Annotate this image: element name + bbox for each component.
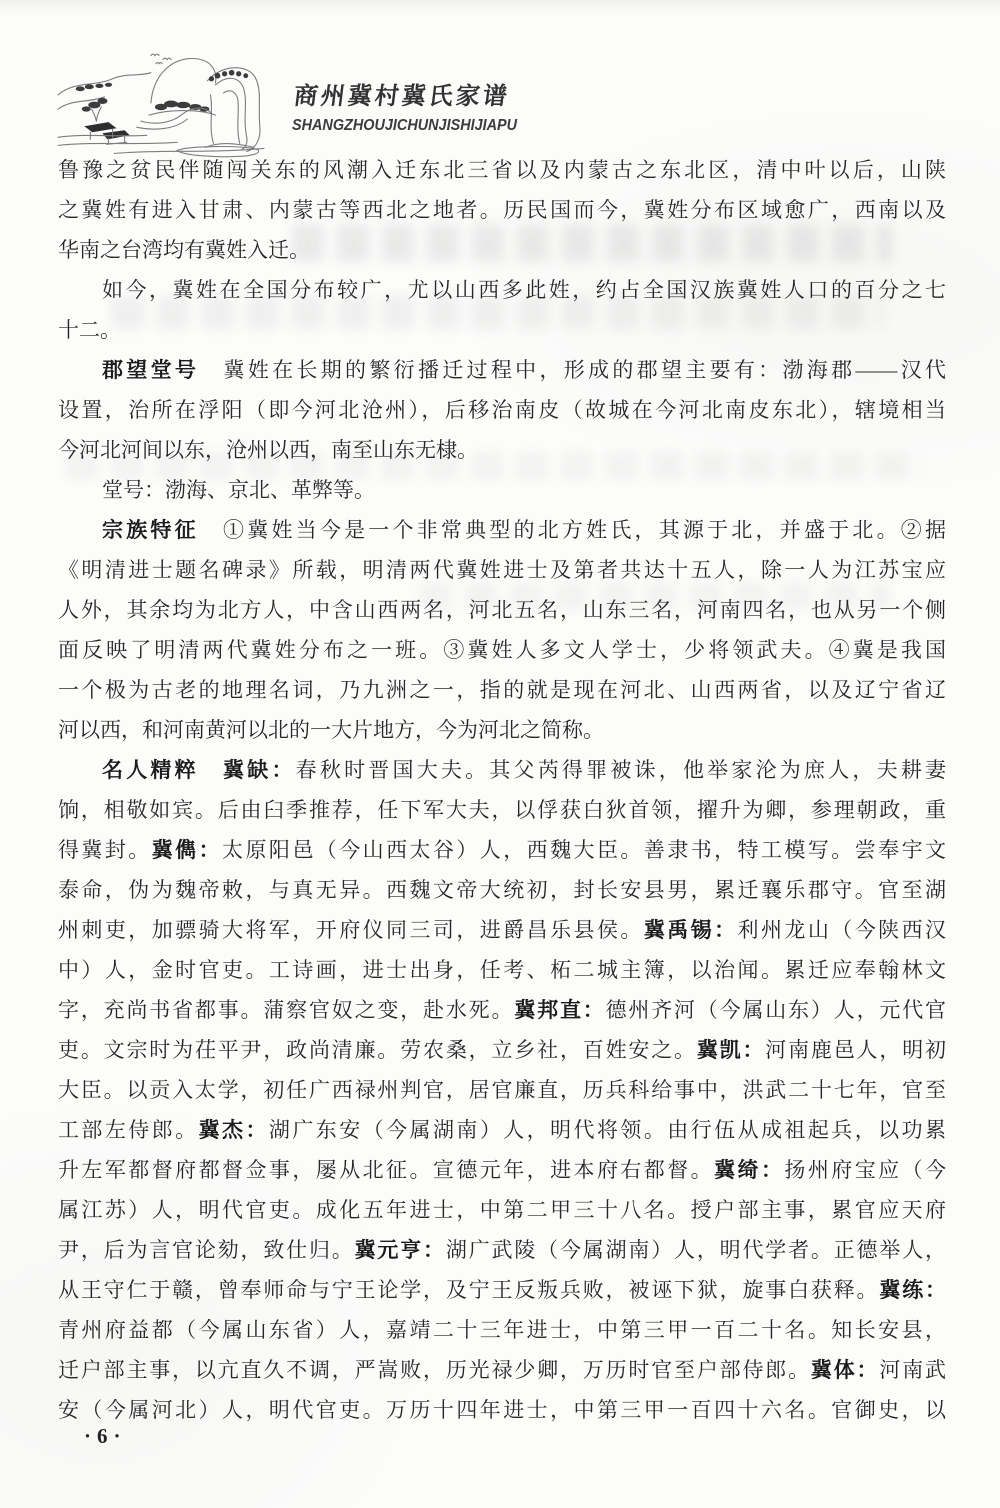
text-run: 属江苏）人，明代官吏。成化五年进士，中第二甲三十八名。授户部主事，累官应天府 (58, 1198, 946, 1222)
text-line: 之冀姓有进入甘肃、内蒙古等西北之地者。历民国而今，冀姓分布区域愈广，西南以及 (58, 190, 946, 230)
page-number: ·6· (84, 1424, 127, 1449)
text-line: 人外，其余均为北方人，中含山西两名，河北五名，山东三名，河南四名，也从另一个侧 (58, 590, 946, 630)
scanned-book-page: { "page": { "number": "·6·" }, "header":… (0, 0, 1000, 1508)
text-line: 设置，治所在浮阳（即今河北沧州），后移治南皮（故城在今河北南皮东北），辖境相当 (58, 390, 946, 430)
landscape-illustration (56, 48, 270, 162)
text-run: 饷，相敬如宾。后由臼季推荐，任下军大夫，以俘获白狄首领，擢升为卿，参理朝政，重 (58, 798, 946, 822)
landscape-line-art (56, 48, 270, 162)
emphasis-run: 冀体： (811, 1359, 879, 1382)
text-line: 鲁豫之贫民伴随闯关东的风潮入迁东北三省以及内蒙古之东北区，清中叶以后，山陕 (58, 150, 946, 190)
text-line: 如今，冀姓在全国分布较广，尤以山西多此姓，约占全国汉族冀姓人口的百分之七 (58, 270, 946, 310)
text-run: 中）人，金时官吏。工诗画，进士出身，任考、柘二城主簿，以治闻。累迁应奉翰林文 (58, 958, 946, 982)
text-run: 堂号：渤海、京北、革弊等。 (102, 478, 375, 502)
text-line: 十二。 (58, 310, 946, 350)
text-line: 华南之台湾均有冀姓入迁。 (58, 230, 946, 270)
text-run: 吏。文宗时为茌平尹，政尚清廉。劳农桑，立乡社，百姓安之。 (58, 1038, 697, 1062)
text-run: 人外，其余均为北方人，中含山西两名，河北五名，山东三名，河南四名，也从另一个侧 (58, 598, 946, 622)
text-run: 大臣。以贡入太学，初任广西禄州判官，居官廉直，历兵科给事中，洪武二十七年，官至 (58, 1078, 946, 1102)
emphasis-run: 郡望堂号 (102, 359, 199, 382)
text-run: 德州齐河（今属山东）人，元代官 (606, 998, 946, 1022)
text-run: 青州府益都（今属山东省）人，嘉靖二十三年进士，中第三甲一百二十名。知长安县， (58, 1318, 946, 1342)
text-run: 鲁豫之贫民伴随闯关东的风潮入迁东北三省以及内蒙古之东北区，清中叶以后，山陕 (58, 158, 946, 182)
emphasis-run: 冀邦直： (514, 999, 605, 1022)
emphasis-run: 宗族特征 (102, 519, 199, 542)
body-text: 鲁豫之贫民伴随闯关东的风潮入迁东北三省以及内蒙古之东北区，清中叶以后，山陕之冀姓… (58, 150, 946, 1430)
text-line: 工部左侍郎。冀杰：湖广东安（今属湖南）人，明代将领。由行伍从成祖起兵，以功累 (58, 1110, 946, 1150)
text-line: 得冀封。冀儁：太原阳邑（今山西太谷）人，西魏大臣。善隶书，特工模写。尝奉宇文 (58, 830, 946, 870)
text-line: 从王守仁于赣，曾奉师命与宁王论学，及宁王反叛兵败，被诬下狱，旋事白获释。冀练： (58, 1270, 946, 1310)
text-run (199, 758, 223, 782)
text-line: 州刺吏，加骠骑大将军，开府仪同三司，进爵昌乐县侯。冀禹锡：利州龙山（今陕西汉 (58, 910, 946, 950)
text-run: 扬州府宝应（今 (784, 1158, 946, 1182)
text-line: 中）人，金时官吏。工诗画，进士出身，任考、柘二城主簿，以治闻。累迁应奉翰林文 (58, 950, 946, 990)
text-line: 青州府益都（今属山东省）人，嘉靖二十三年进士，中第三甲一百二十名。知长安县， (58, 1310, 946, 1350)
text-line: 吏。文宗时为茌平尹，政尚清廉。劳农桑，立乡社，百姓安之。冀凯：河南鹿邑人，明初 (58, 1030, 946, 1070)
text-line: 今河北河间以东，沧州以西，南至山东无棣。 (58, 430, 946, 470)
emphasis-run: 冀练： (879, 1279, 946, 1302)
text-run: 今河北河间以东，沧州以西，南至山东无棣。 (58, 438, 478, 462)
text-line: 升左军都督府都督佥事，屡从北征。宣德元年，进本府右都督。冀绮：扬州府宝应（今 (58, 1150, 946, 1190)
text-run: 得冀封。 (58, 838, 152, 862)
text-run: 河南鹿邑人，明初 (765, 1038, 946, 1062)
text-line: 属江苏）人，明代官吏。成化五年进士，中第二甲三十八名。授户部主事，累官应天府 (58, 1190, 946, 1230)
page-header: 商州冀村冀氏家谱 SHANGZHOUJICHUNJISHIJIAPU (0, 0, 1000, 160)
book-title-romanization: SHANGZHOUJICHUNJISHIJIAPU (292, 117, 517, 135)
text-run: 升左军都督府都督佥事，屡从北征。宣德元年，进本府右都督。 (58, 1158, 714, 1182)
text-run: 之冀姓有进入甘肃、内蒙古等西北之地者。历民国而今，冀姓分布区域愈广，西南以及 (58, 198, 946, 222)
text-run: 太原阳邑（今山西太谷）人，西魏大臣。善隶书，特工模写。尝奉宇文 (222, 838, 946, 862)
text-run: 《明清进士题名碑录》所载，明清两代冀姓进士及第者共达十五人，除一人为江苏宝应 (58, 558, 946, 582)
text-run: 利州龙山（今陕西汉 (738, 918, 946, 942)
text-line: 泰命，伪为魏帝敕，与真无异。西魏文帝大统初，封长安县男，累迁襄乐郡守。官至湖 (58, 870, 946, 910)
text-run: 湖广武陵（今属湖南）人，明代学者。正德举人， (446, 1238, 946, 1262)
emphasis-run: 名人精粹 (102, 759, 199, 782)
text-run: 华南之台湾均有冀姓入迁。 (58, 238, 310, 262)
text-run: 湖广东安（今属湖南）人，明代将领。由行伍从成祖起兵，以功累 (269, 1118, 946, 1142)
text-line: 名人精粹 冀缺：春秋时晋国大夫。其父芮得罪被诛，他举家沦为庶人，夫耕妻 (58, 750, 946, 790)
text-line: 大臣。以贡入太学，初任广西禄州判官，居官廉直，历兵科给事中，洪武二十七年，官至 (58, 1070, 946, 1110)
text-run: 一个极为古老的地理名词，乃九洲之一，指的就是现在河北、山西两省，以及辽宁省辽 (58, 678, 946, 702)
text-line: 河以西，和河南黄河以北的一大片地方，今为河北之简称。 (58, 710, 946, 750)
text-run: 河以西，和河南黄河以北的一大片地方，今为河北之简称。 (58, 718, 604, 742)
text-line: 宗族特征 ①冀姓当今是一个非常典型的北方姓氏，其源于北，并盛于北。②据 (58, 510, 946, 550)
emphasis-run: 冀绮： (714, 1159, 784, 1182)
text-line: 安（今属河北）人，明代官吏。万历十四年进士，中第三甲一百四十六名。官御史，以 (58, 1390, 946, 1430)
text-line: 面反映了明清两代冀姓分布之一班。③冀姓人多文人学士，少将领武夫。④冀是我国 (58, 630, 946, 670)
text-line: 迁户部主事，以亢直久不调，严嵩败，历光禄少卿，万历时官至户部侍郎。冀体：河南武 (58, 1350, 946, 1390)
emphasis-run: 冀元亨： (355, 1239, 446, 1262)
emphasis-run: 冀凯： (697, 1039, 765, 1062)
text-line: 一个极为古老的地理名词，乃九洲之一，指的就是现在河北、山西两省，以及辽宁省辽 (58, 670, 946, 710)
text-run: 迁户部主事，以亢直久不调，严嵩败，历光禄少卿，万历时官至户部侍郎。 (58, 1358, 811, 1382)
text-line: 堂号：渤海、京北、革弊等。 (58, 470, 946, 510)
emphasis-run: 冀缺： (223, 759, 296, 782)
text-run: 冀姓在长期的繁衍播迁过程中，形成的郡望主要有：渤海郡——汉代 (199, 358, 946, 382)
text-line: 字，充尚书省都事。蒲察官奴之变，赴水死。冀邦直：德州齐河（今属山东）人，元代官 (58, 990, 946, 1030)
text-run: 尹，后为言官论劾，致仕归。 (58, 1238, 355, 1262)
text-line: 郡望堂号 冀姓在长期的繁衍播迁过程中，形成的郡望主要有：渤海郡——汉代 (58, 350, 946, 390)
text-run: 春秋时晋国大夫。其父芮得罪被诛，他举家沦为庶人，夫耕妻 (296, 758, 946, 782)
emphasis-run: 冀禹锡： (644, 919, 738, 942)
text-run: 安（今属河北）人，明代官吏。万历十四年进士，中第三甲一百四十六名。官御史，以 (58, 1398, 946, 1422)
text-run: 字，充尚书省都事。蒲察官奴之变，赴水死。 (58, 998, 514, 1022)
text-line: 尹，后为言官论劾，致仕归。冀元亨：湖广武陵（今属湖南）人，明代学者。正德举人， (58, 1230, 946, 1270)
text-line: 《明清进士题名碑录》所载，明清两代冀姓进士及第者共达十五人，除一人为江苏宝应 (58, 550, 946, 590)
text-run: 如今，冀姓在全国分布较广，尤以山西多此姓，约占全国汉族冀姓人口的百分之七 (102, 278, 946, 302)
text-run: 从王守仁于赣，曾奉师命与宁王论学，及宁王反叛兵败，被诬下狱，旋事白获释。 (58, 1278, 879, 1302)
title-block: 商州冀村冀氏家谱 SHANGZHOUJICHUNJISHIJIAPU (292, 76, 534, 135)
book-title: 商州冀村冀氏家谱 (292, 76, 512, 111)
text-run: 十二。 (58, 318, 121, 342)
emphasis-run: 冀儁： (152, 839, 222, 862)
text-run: 州刺吏，加骠骑大将军，开府仪同三司，进爵昌乐县侯。 (58, 918, 644, 942)
text-run: 泰命，伪为魏帝敕，与真无异。西魏文帝大统初，封长安县男，累迁襄乐郡守。官至湖 (58, 878, 946, 902)
emphasis-run: 冀杰： (199, 1119, 269, 1142)
text-line: 饷，相敬如宾。后由臼季推荐，任下军大夫，以俘获白狄首领，擢升为卿，参理朝政，重 (58, 790, 946, 830)
text-run: 面反映了明清两代冀姓分布之一班。③冀姓人多文人学士，少将领武夫。④冀是我国 (58, 638, 946, 662)
text-run: ①冀姓当今是一个非常典型的北方姓氏，其源于北，并盛于北。②据 (199, 518, 946, 542)
text-run: 工部左侍郎。 (58, 1118, 199, 1142)
text-run: 河南武 (879, 1358, 946, 1382)
text-run: 设置，治所在浮阳（即今河北沧州），后移治南皮（故城在今河北南皮东北），辖境相当 (58, 398, 946, 422)
